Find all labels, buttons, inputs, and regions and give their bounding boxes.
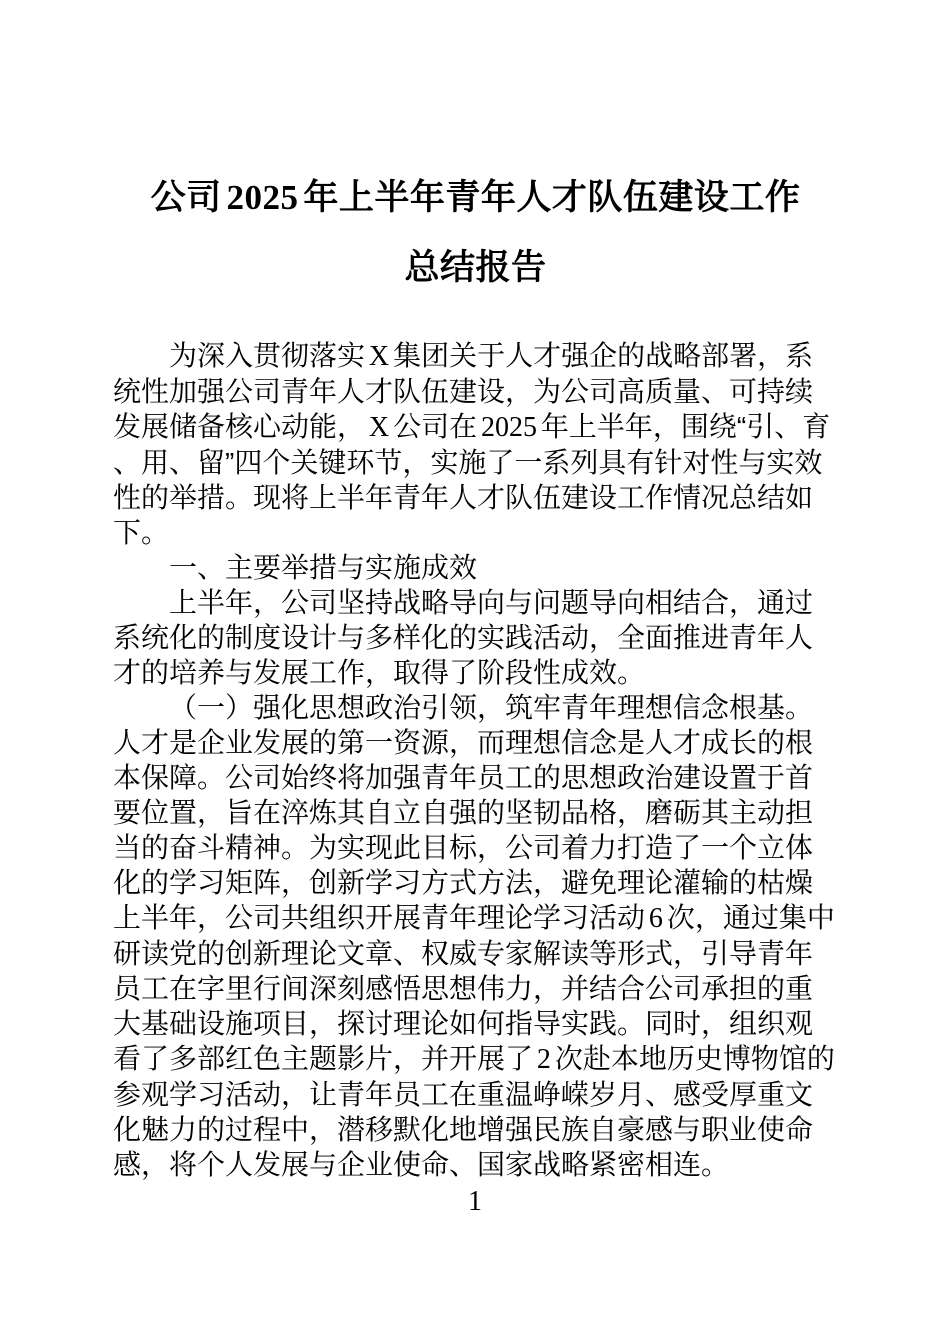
latin-text-run: 2: [533, 1044, 555, 1075]
paragraph: 为深入贯彻落实X集团关于人才强企的战略部署，系统性加强公司青年人才队伍建设，为公…: [113, 338, 838, 550]
text-run: 为深入贯彻落实: [169, 340, 365, 371]
latin-text-run: X: [365, 412, 393, 443]
text-run: 上半年，公司坚持战略导向与问题导向相结合，通过系统化的制度设计与多样化的实践活动…: [113, 587, 813, 688]
document-page: 公司2025年上半年青年人才队伍建设工作 总结报告 为深入贯彻落实X集团关于人才…: [0, 0, 950, 1344]
page-number: 1: [0, 1186, 950, 1218]
text-run: 总结报告: [404, 248, 546, 287]
text-run: 公司在: [393, 411, 477, 442]
text-run: 年上半年青年人才队伍建设工作: [303, 178, 800, 217]
document-body: 为深入贯彻落实X集团关于人才强企的战略部署，系统性加强公司青年人才队伍建设，为公…: [113, 338, 838, 1182]
title-line-1: 公司2025年上半年青年人才队伍建设工作: [113, 163, 838, 233]
text-run: （一）强化思想政治引领，筑牢青年理想信念根基。人才是企业发展的第一资源，而理想信…: [113, 692, 813, 933]
latin-text-run: X: [365, 341, 393, 372]
paragraph: 上半年，公司坚持战略导向与问题导向相结合，通过系统化的制度设计与多样化的实践活动…: [113, 585, 838, 690]
text-run: 公司: [151, 178, 222, 217]
text-run: 一、主要举措与实施成效: [169, 552, 477, 583]
latin-text-run: 2025: [477, 412, 541, 443]
latin-text-run: 6: [645, 903, 667, 934]
section-heading: 一、主要举措与实施成效: [113, 550, 838, 585]
title-line-2: 总结报告: [113, 233, 838, 303]
document-title: 公司2025年上半年青年人才队伍建设工作 总结报告: [113, 163, 838, 303]
latin-text-run: 2025: [222, 178, 304, 217]
paragraph: （一）强化思想政治引领，筑牢青年理想信念根基。人才是企业发展的第一资源，而理想信…: [113, 690, 838, 1182]
